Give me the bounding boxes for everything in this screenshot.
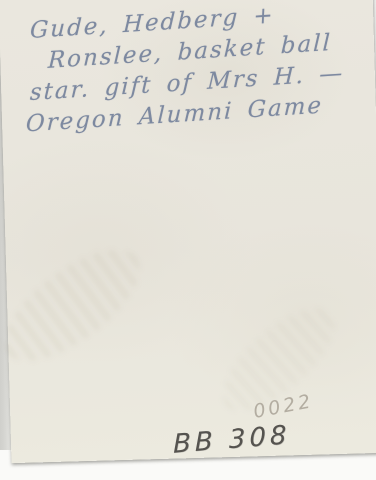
pencil-catalog-number-bb308: BB 308 [173, 420, 291, 460]
bleed-through-smudge [0, 230, 157, 382]
pencil-number-0022: 0022 [252, 390, 315, 423]
scan-frame: Gude, Hedberg + Ronslee, basket ball sta… [0, 0, 376, 480]
photo-verso-paper: Gude, Hedberg + Ronslee, basket ball sta… [0, 0, 376, 463]
handwriting-block: Gude, Hedberg + Ronslee, basket ball sta… [0, 0, 376, 142]
